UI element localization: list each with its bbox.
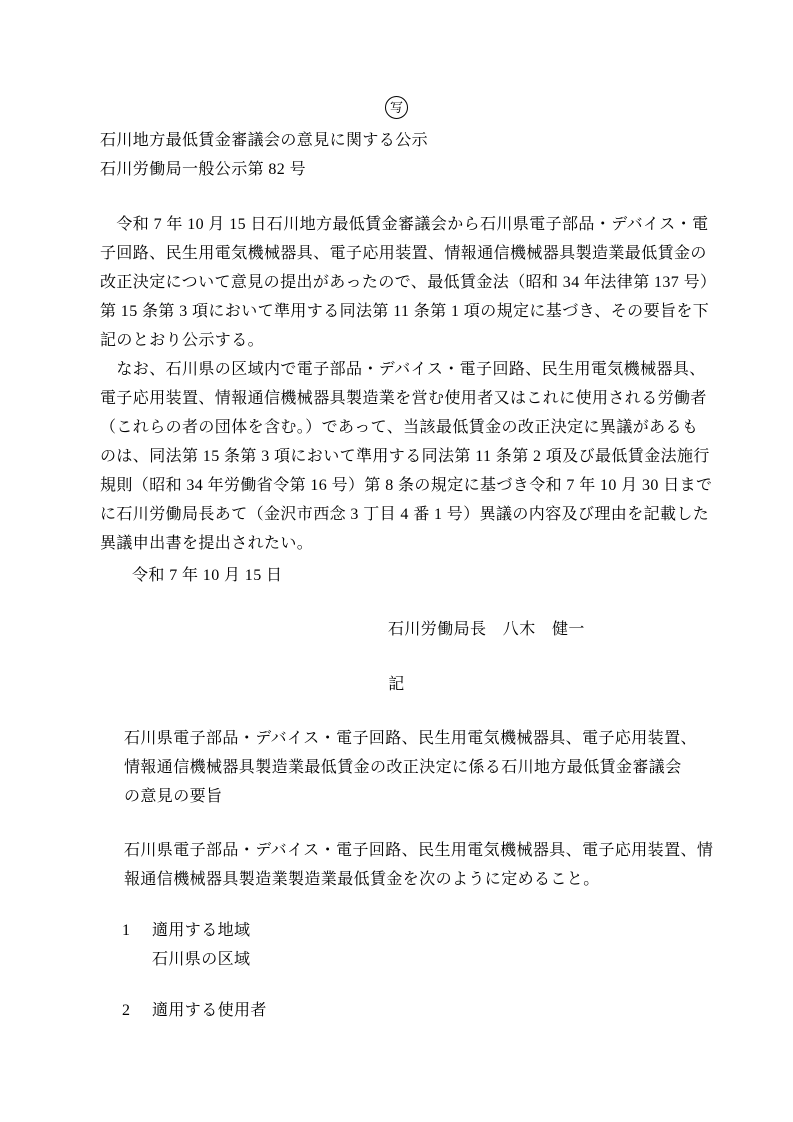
issue-date: 令和 7 年 10 月 15 日 [132,561,282,590]
copy-stamp-circle-icon: 写 [385,96,408,119]
ki-marker: 記 [0,670,793,699]
item-1: 1適用する地域 石川県の区域 [122,916,250,974]
opinion-summary-heading: 石川県電子部品・デバイス・電子回路、民生用電気機械器具、電子応用装置、 情報通信… [124,724,697,811]
item-2-title: 適用する使用者 [152,1002,267,1019]
item-1-title: 適用する地域 [152,922,250,939]
director-signature: 石川労働局長 八木 健一 [388,615,585,644]
copy-stamp: 写 [0,96,793,119]
item-1-number: 1 [122,916,152,945]
resolution-paragraph: 石川県電子部品・デバイス・電子回路、民生用電気機械器具、電子応用装置、情 報通信… [124,836,713,894]
item-2: 2適用する使用者 [122,996,267,1025]
document-page: 写 石川地方最低賃金審議会の意見に関する公示 石川労働局一般公示第 82 号 令… [0,0,793,1122]
item-1-detail: 石川県の区域 [122,945,250,974]
item-2-heading: 2適用する使用者 [122,996,267,1025]
notice-header: 石川地方最低賃金審議会の意見に関する公示 石川労働局一般公示第 82 号 [100,126,428,184]
paragraph-2: なお、石川県の区域内で電子部品・デバイス・電子回路、民生用電気機械器具、 電子応… [100,355,760,558]
notice-title: 石川地方最低賃金審議会の意見に関する公示 [100,126,428,155]
item-2-number: 2 [122,996,152,1025]
notice-body: 令和 7 年 10 月 15 日石川地方最低賃金審議会から石川県電子部品・デバイ… [100,210,760,558]
item-1-heading: 1適用する地域 [122,916,250,945]
notice-number: 石川労働局一般公示第 82 号 [100,155,428,184]
paragraph-1: 令和 7 年 10 月 15 日石川地方最低賃金審議会から石川県電子部品・デバイ… [100,210,760,355]
